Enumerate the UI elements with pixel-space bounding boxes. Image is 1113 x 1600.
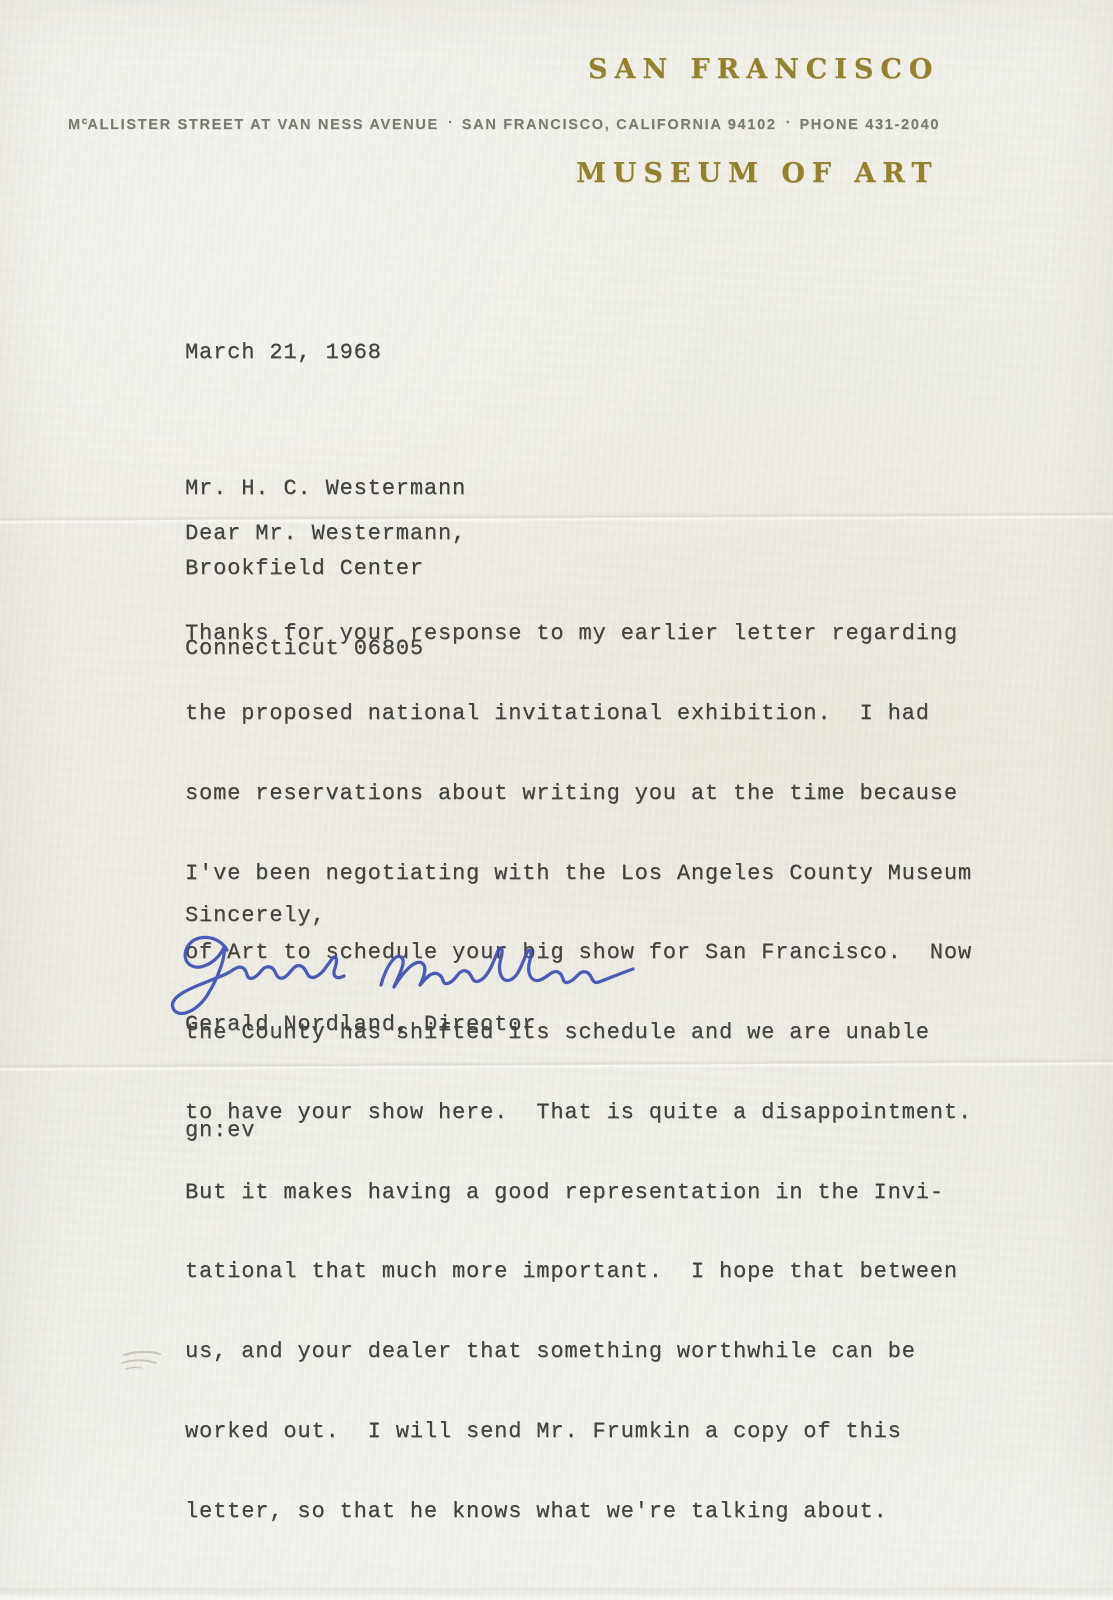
signature-ink-strokes xyxy=(172,937,633,1013)
closing: Sincerely, xyxy=(185,903,326,930)
address-phone: PHONE 431-2040 xyxy=(799,117,940,133)
recipient-line: Mr. H. C. Westermann xyxy=(185,476,466,503)
paper-bottom-edge xyxy=(0,1588,1113,1600)
letterhead-address-line: McALLISTER STREET AT VAN NESS AVENUE·SAN… xyxy=(68,112,940,135)
body-line: the proposed national invitational exhib… xyxy=(185,701,972,728)
body-line: letter, so that he knows what we're talk… xyxy=(185,1499,972,1526)
body-line: tational that much more important. I hop… xyxy=(185,1259,972,1286)
body-line: worked out. I will send Mr. Frumkin a co… xyxy=(185,1419,972,1446)
letter-body: Thanks for your response to my earlier l… xyxy=(185,568,972,1579)
pencil-smudge xyxy=(114,1342,178,1382)
body-line: But it makes having a good representatio… xyxy=(185,1180,972,1207)
address-street: McALLISTER STREET AT VAN NESS AVENUE xyxy=(68,117,439,133)
body-line: some reservations about writing you at t… xyxy=(185,781,972,808)
letter-scan: SAN FRANCISCO McALLISTER STREET AT VAN N… xyxy=(0,0,1113,1600)
handwritten-signature xyxy=(163,930,653,1026)
salutation: Dear Mr. Westermann, xyxy=(185,521,466,548)
address-separator-dot: · xyxy=(786,113,791,133)
body-line: Thanks for your response to my earlier l… xyxy=(185,621,972,648)
fold-crease-top xyxy=(0,511,1113,525)
address-separator-dot: · xyxy=(448,113,453,133)
body-line: to have your show here. That is quite a … xyxy=(185,1100,972,1127)
body-line: us, and your dealer that something worth… xyxy=(185,1339,972,1366)
letter-date: March 21, 1968 xyxy=(185,340,382,367)
body-line: I've been negotiating with the Los Angel… xyxy=(185,861,972,888)
address-city-state-zip: SAN FRANCISCO, CALIFORNIA 94102 xyxy=(462,117,777,133)
letterhead-museum-name: MUSEUM OF ART xyxy=(576,159,938,189)
letterhead-city: SAN FRANCISCO xyxy=(588,55,939,85)
typist-initials: gn:ev xyxy=(185,1118,255,1145)
